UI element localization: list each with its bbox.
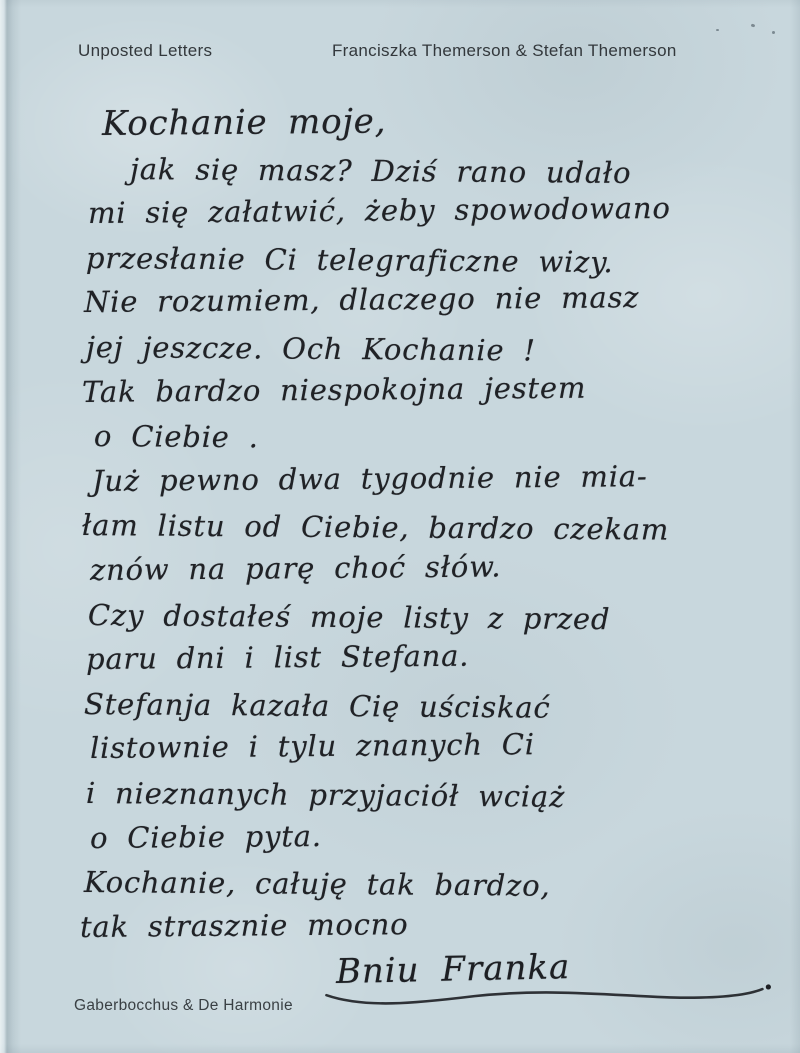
scan-speck	[716, 29, 719, 31]
handwritten-line: Kochanie moje,	[102, 96, 774, 146]
signature-text: Bniu Franka	[336, 947, 571, 992]
book-authors: Franciszka Themerson & Stefan Themerson	[332, 41, 677, 61]
book-cover: Unposted Letters Franciszka Themerson & …	[0, 0, 800, 1053]
handwritten-line: znów na parę choć słów.	[90, 542, 774, 593]
handwritten-letter: Kochanie moje, jak się masz? Dziś rano u…	[84, 102, 774, 999]
handwritten-line: mi się załatwić, żeby spowodowano	[88, 185, 774, 236]
handwritten-line: paru dni i list Stefana.	[86, 631, 774, 682]
scan-speck	[751, 23, 756, 27]
scan-speck	[772, 31, 775, 34]
handwritten-line: o Ciebie pyta.	[90, 810, 774, 861]
handwritten-line: Tak bardzo niespokojna jestem	[82, 364, 774, 415]
handwritten-line: Już pewno dwa tygodnie nie mia-	[92, 453, 774, 504]
publisher-imprint: Gaberbocchus & De Harmonie	[74, 997, 293, 1015]
handwritten-line: Nie rozumiem, dlaczego nie masz	[84, 274, 774, 325]
book-title: Unposted Letters	[78, 41, 212, 61]
signature-line: Bniu Franka	[335, 940, 774, 999]
handwritten-line: listownie i tylu znanych Ci	[90, 720, 774, 771]
